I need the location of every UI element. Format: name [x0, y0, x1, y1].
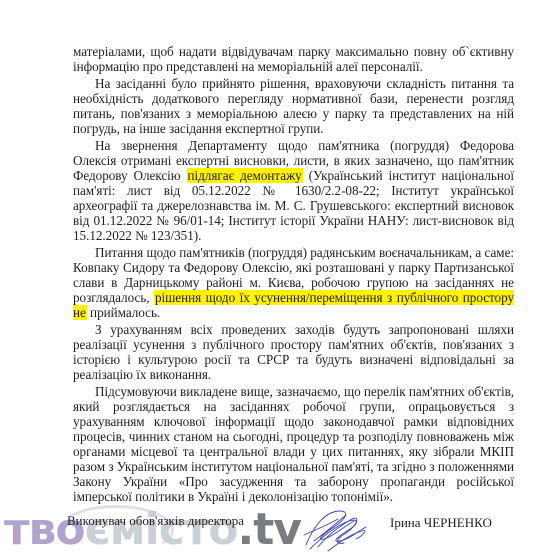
- signature-icon: [300, 505, 370, 553]
- text-segment: З урахуванням всіх проведених заходів бу…: [73, 322, 514, 382]
- text-segment: Підсумовуючи викладене вище, зазначаємо,…: [73, 384, 514, 504]
- highlighted-text: підлягає демонтажу: [187, 168, 303, 183]
- text-segment: матеріалами, щоб надати відвідувачам пар…: [73, 44, 514, 74]
- watermark-part-3: .tv: [238, 504, 301, 555]
- paragraph: Питання щодо пам'ятників (погруддя) радя…: [73, 245, 514, 320]
- document-footer: твоємісто.tv Виконувач обов'язків директ…: [0, 505, 541, 555]
- text-segment: На засіданні було прийнято рішення, врах…: [73, 76, 514, 136]
- paragraph: З урахуванням всіх проведених заходів бу…: [73, 322, 514, 382]
- document-body: матеріалами, щоб надати відвідувачам пар…: [73, 44, 514, 504]
- signer-name: Ірина ЧЕРНЕНКО: [390, 515, 492, 531]
- signer-role: Виконувач обов'язків директора: [67, 513, 244, 529]
- text-segment: приймалось.: [87, 305, 160, 320]
- paragraph: матеріалами, щоб надати відвідувачам пар…: [73, 44, 514, 74]
- paragraph: На засіданні було прийнято рішення, врах…: [73, 76, 514, 136]
- paragraph: Підсумовуючи викладене вище, зазначаємо,…: [73, 384, 514, 504]
- document-page: матеріалами, щоб надати відвідувачам пар…: [0, 0, 541, 560]
- paragraph: На звернення Департаменту щодо пам'ятник…: [73, 138, 514, 243]
